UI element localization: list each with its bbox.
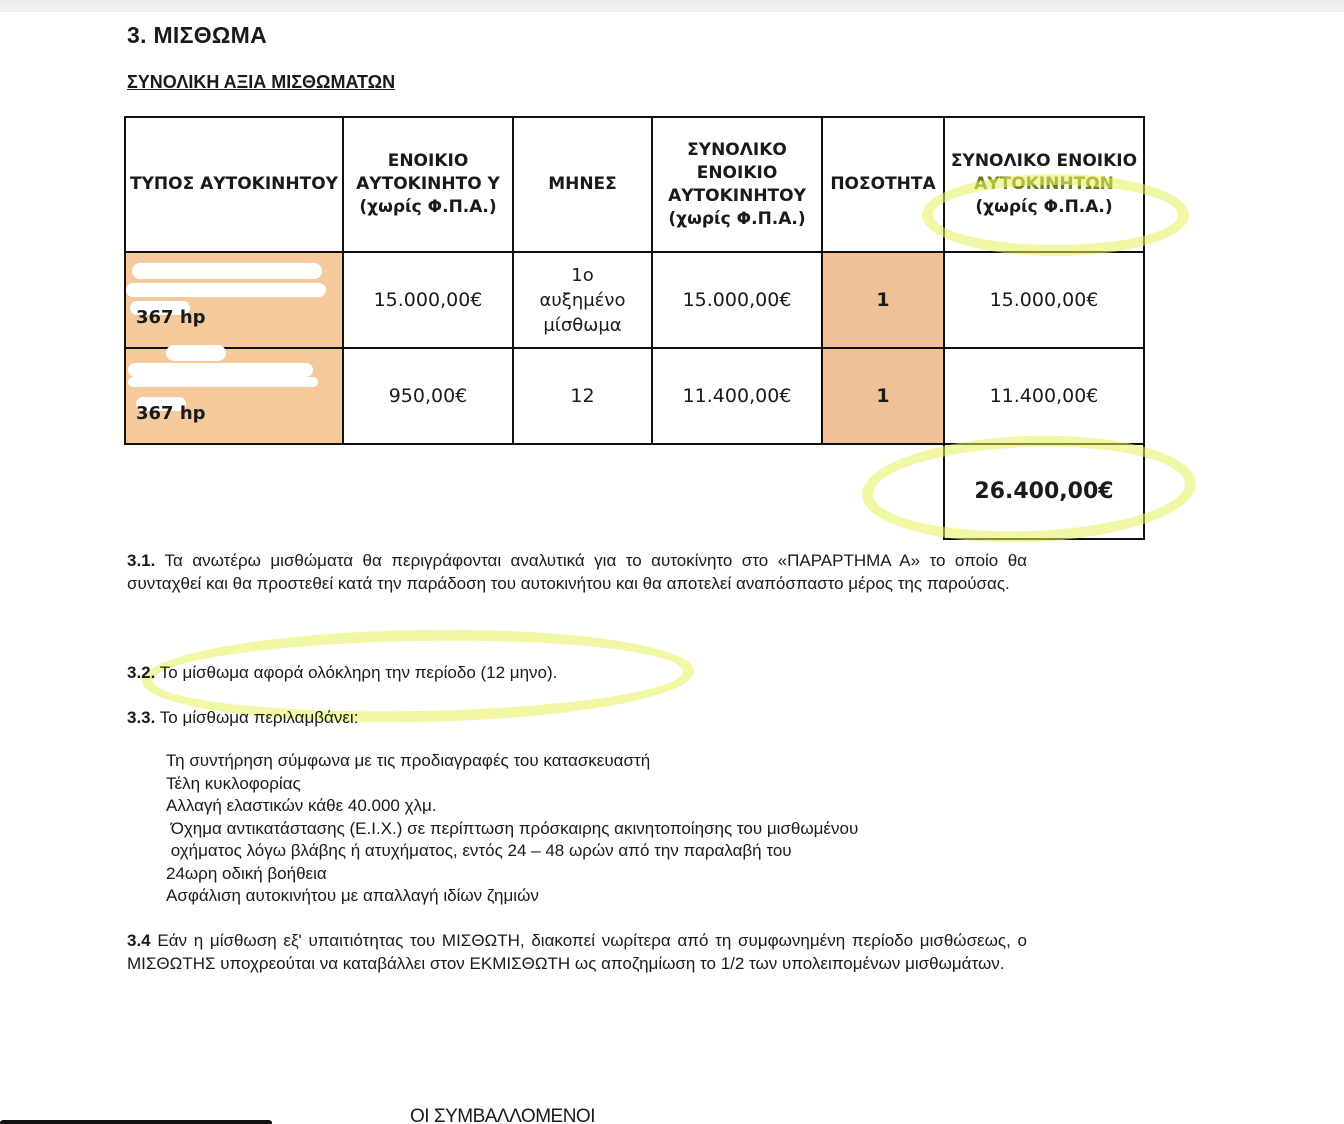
- quantity-cell: 1: [822, 252, 944, 348]
- empty-cell: [125, 444, 944, 539]
- rent-cell: 950,00€: [343, 348, 513, 444]
- header-car-type: ΤΥΠΟΣ ΑΥΤΟΚΙΝΗΤΟΥ: [125, 117, 343, 252]
- grand-total-row: 26.400,00€: [125, 444, 1144, 539]
- header-rent: ΕΝΟΙΚΙΟ ΑΥΤΟΚΙΝΗΤΟ Υ (χωρίς Φ.Π.Α.): [343, 117, 513, 252]
- clause-3-1: 3.1. Τα ανωτέρω μισθώματα θα περιγράφοντ…: [127, 550, 1027, 595]
- header-total-tail: (χωρίς Φ.Π.Α.): [975, 197, 1112, 217]
- section-subtitle: ΣΥΝΟΛΙΚΗ ΑΞΙΑ ΜΙΣΘΩΜΑΤΩΝ: [127, 72, 395, 93]
- list-item: Όχημα αντικατάστασης (Ε.Ι.Χ.) σε περίπτω…: [166, 818, 858, 841]
- list-item: οχήματος λόγω βλάβης ή ατυχήματος, εντός…: [166, 840, 858, 863]
- redaction-mark: [128, 363, 313, 377]
- section-title: 3. ΜΙΣΘΩΜΑ: [127, 22, 267, 49]
- list-item: Τη συντήρηση σύμφωνα με τις προδιαγραφές…: [166, 750, 858, 773]
- clause-number: 3.2.: [127, 663, 155, 682]
- car-type-cell: 367 hp: [125, 252, 343, 348]
- subtotal-cell: 15.000,00€: [652, 252, 822, 348]
- redaction-mark: [132, 263, 322, 279]
- subtotal-cell: 11.400,00€: [652, 348, 822, 444]
- redaction-mark: [128, 377, 318, 387]
- parties-title: ΟΙ ΣΥΜΒΑΛΛΟΜΕΝΟΙ: [410, 1106, 595, 1124]
- months-cell: 12: [513, 348, 652, 444]
- total-cell: 11.400,00€: [944, 348, 1144, 444]
- rent-cell: 15.000,00€: [343, 252, 513, 348]
- clause-3-3: 3.3. Το μίσθωμα περιλαμβάνει:: [127, 707, 1027, 730]
- redaction-mark: [126, 283, 326, 297]
- clause-text: Εάν η μίσθωση εξ' υπαιτιότητας του ΜΙΣΘΩ…: [127, 931, 1027, 973]
- list-item: Τέλη κυκλοφορίας: [166, 773, 858, 796]
- clause-number: 3.1.: [127, 551, 155, 570]
- car-type-text: 367 hp: [136, 305, 206, 331]
- quantity-cell: 1: [822, 348, 944, 444]
- months-cell: 1ο αυξημένο μίσθωμα: [513, 252, 652, 348]
- car-type-cell: 367 hp: [125, 348, 343, 444]
- table-header-row: ΤΥΠΟΣ ΑΥΤΟΚΙΝΗΤΟΥ ΕΝΟΙΚΙΟ ΑΥΤΟΚΙΝΗΤΟ Υ (…: [125, 117, 1144, 252]
- total-cell: 15.000,00€: [944, 252, 1144, 348]
- clause-3-2: 3.2. Το μίσθωμα αφορά ολόκληρη την περίο…: [127, 662, 1027, 685]
- clause-3-4: 3.4 Εάν η μίσθωση εξ' υπαιτιότητας του Μ…: [127, 930, 1027, 975]
- table-row: 367 hp 15.000,00€ 1ο αυξημένο μίσθωμα 15…: [125, 252, 1144, 348]
- header-total-text: ΣΥΝΟΛΙΚΟ ΕΝΟΙΚΙΟ: [951, 151, 1137, 171]
- grand-total-cell: 26.400,00€: [944, 444, 1144, 539]
- header-months: ΜΗΝΕΣ: [513, 117, 652, 252]
- list-item: Ασφάλιση αυτοκινήτου με απαλλαγή ιδίων ζ…: [166, 885, 858, 908]
- list-item: Αλλαγή ελαστικών κάθε 40.000 χλμ.: [166, 795, 858, 818]
- table-row: 367 hp 950,00€ 12 11.400,00€ 1 11.400,00…: [125, 348, 1144, 444]
- clause-number: 3.4: [127, 931, 151, 950]
- clause-text: Το μίσθωμα αφορά ολόκληρη την περίοδο (1…: [160, 663, 558, 682]
- redaction-mark: [166, 345, 226, 361]
- clause-text: Τα ανωτέρω μισθώματα θα περιγράφονται αν…: [127, 551, 1027, 593]
- included-services-list: Τη συντήρηση σύμφωνα με τις προδιαγραφές…: [166, 750, 858, 908]
- car-type-text: 367 hp: [136, 401, 206, 427]
- header-total-highlighted: ΑΥΤΟΚΙΝΗΤΩΝ: [974, 174, 1114, 194]
- list-item: 24ωρη οδική βοήθεια: [166, 863, 858, 886]
- clause-text: Το μίσθωμα περιλαμβάνει:: [160, 708, 359, 727]
- header-quantity: ΠΟΣΟΤΗΤΑ: [822, 117, 944, 252]
- clause-number: 3.3.: [127, 708, 155, 727]
- viewer-top-bar: [0, 0, 1344, 12]
- scrollbar-handle[interactable]: [0, 1120, 272, 1124]
- rent-table: ΤΥΠΟΣ ΑΥΤΟΚΙΝΗΤΟΥ ΕΝΟΙΚΙΟ ΑΥΤΟΚΙΝΗΤΟ Υ (…: [124, 116, 1145, 540]
- header-subtotal: ΣΥΝΟΛΙΚΟ ΕΝΟΙΚΙΟ ΑΥΤΟΚΙΝΗΤΟΥ (χωρίς Φ.Π.…: [652, 117, 822, 252]
- header-total: ΣΥΝΟΛΙΚΟ ΕΝΟΙΚΙΟ ΑΥΤΟΚΙΝΗΤΩΝ (χωρίς Φ.Π.…: [944, 117, 1144, 252]
